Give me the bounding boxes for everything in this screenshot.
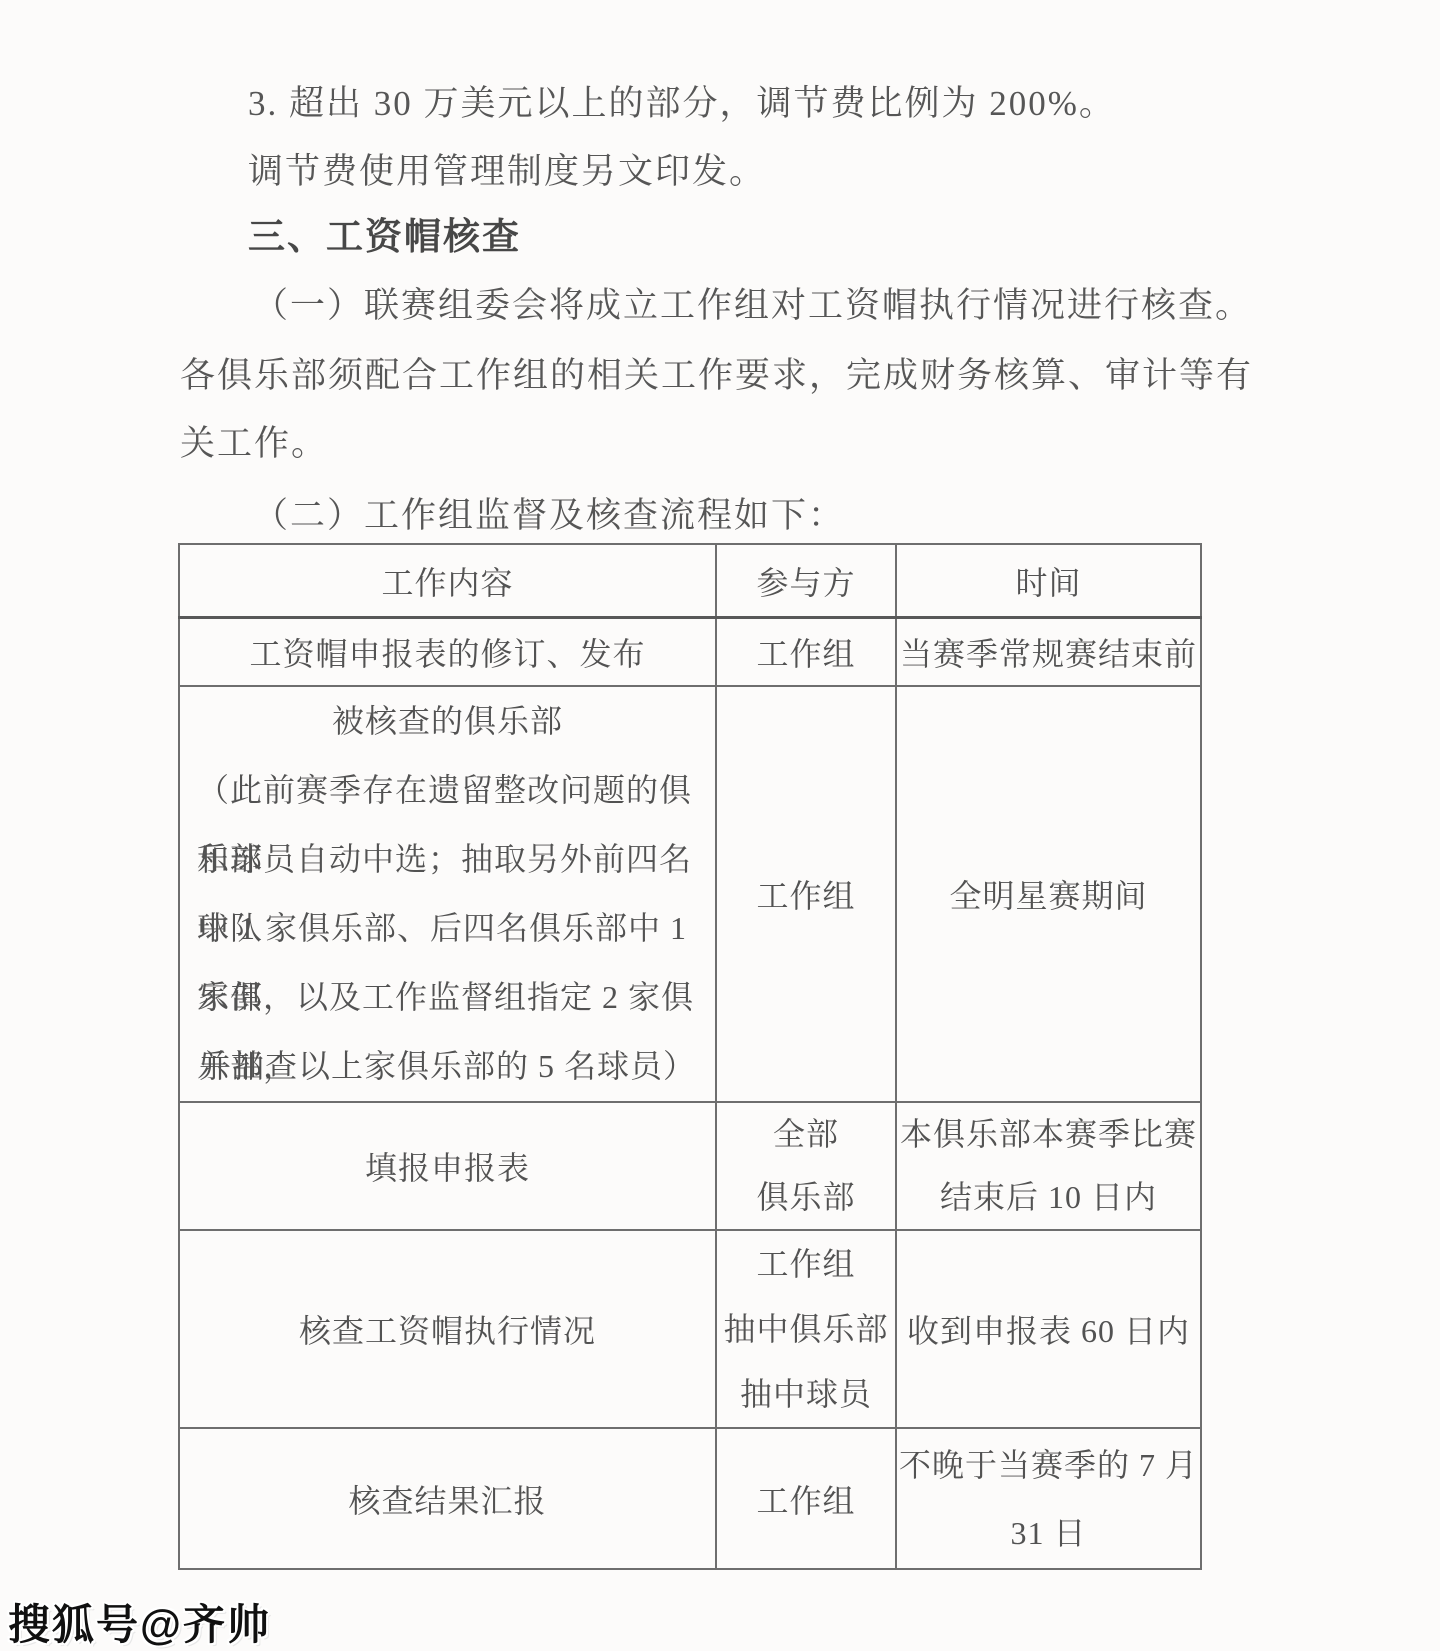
cell-participants: 工作组 bbox=[716, 686, 896, 1102]
cell-participants: 工作组 bbox=[716, 618, 896, 687]
table-row: 填报申报表 全部 俱乐部 本俱乐部本赛季比赛 结束后 10 日内 bbox=[179, 1102, 1201, 1230]
cell-participants: 工作组 bbox=[716, 1428, 896, 1569]
cell-work-content: 工资帽申报表的修订、发布 bbox=[179, 618, 716, 687]
paragraph-item-one-cont: 各俱乐部须配合工作组的相关工作要求，完成财务核算、审计等有 bbox=[180, 348, 1253, 398]
cell-participants: 全部 俱乐部 bbox=[716, 1102, 896, 1230]
cell-line: 乐部，以及工作监督组指定 2 家俱乐部， bbox=[180, 963, 715, 1032]
section-heading-salary-cap-verification: 三、工资帽核查 bbox=[248, 206, 521, 260]
cell-participants: 工作组 抽中俱乐部 抽中球员 bbox=[716, 1230, 896, 1428]
cell-line: 并抽查以上家俱乐部的 5 名球员） bbox=[180, 1032, 715, 1101]
cell-line: 和球员自动中选；抽取另外前四名球队 bbox=[180, 825, 715, 894]
cell-work-content: 被核查的俱乐部 （此前赛季存在遗留整改问题的俱乐部 和球员自动中选；抽取另外前四… bbox=[179, 686, 716, 1102]
paragraph-item-two: （二）工作组监督及核查流程如下： bbox=[253, 488, 845, 538]
cell-line: 全部 bbox=[717, 1103, 895, 1166]
paragraph-item-one-end: 关工作。 bbox=[180, 416, 328, 466]
cell-time: 当赛季常规赛结束前 bbox=[896, 618, 1201, 687]
cell-time: 本俱乐部本赛季比赛 结束后 10 日内 bbox=[896, 1102, 1201, 1230]
cell-line: 被核查的俱乐部 bbox=[180, 687, 715, 756]
table-header-row: 工作内容 参与方 时间 bbox=[179, 544, 1201, 618]
cell-work-content: 填报申报表 bbox=[179, 1102, 716, 1230]
cell-line: 结束后 10 日内 bbox=[897, 1166, 1200, 1229]
cell-time: 不晚于当赛季的 7 月 31 日 bbox=[896, 1428, 1201, 1569]
cell-line: （此前赛季存在遗留整改问题的俱乐部 bbox=[180, 756, 715, 825]
cell-time: 收到申报表 60 日内 bbox=[896, 1230, 1201, 1428]
cell-work-content: 核查结果汇报 bbox=[179, 1428, 716, 1569]
cell-line: 工作组 bbox=[717, 1232, 895, 1297]
cell-line: 抽中俱乐部 bbox=[717, 1297, 895, 1362]
cell-line: 本俱乐部本赛季比赛 bbox=[897, 1103, 1200, 1166]
table-row: 被核查的俱乐部 （此前赛季存在遗留整改问题的俱乐部 和球员自动中选；抽取另外前四… bbox=[179, 686, 1201, 1102]
paragraph-adjustment-fee-tier3: 3. 超出 30 万美元以上的部分，调节费比例为 200%。 bbox=[248, 76, 1116, 126]
cell-line: 31 日 bbox=[897, 1499, 1200, 1567]
verification-process-table: 工作内容 参与方 时间 工资帽申报表的修订、发布 工作组 当赛季常规赛结束前 被… bbox=[178, 543, 1202, 1570]
cell-work-content: 核查工资帽执行情况 bbox=[179, 1230, 716, 1428]
header-work-content: 工作内容 bbox=[179, 544, 716, 618]
paragraph-item-one: （一）联赛组委会将成立工作组对工资帽执行情况进行核查。 bbox=[253, 278, 1252, 328]
header-participants: 参与方 bbox=[716, 544, 896, 618]
sohu-watermark: 搜狐号@齐帅 bbox=[8, 1592, 271, 1651]
cell-line: 抽中球员 bbox=[717, 1362, 895, 1427]
table-row: 核查工资帽执行情况 工作组 抽中俱乐部 抽中球员 收到申报表 60 日内 bbox=[179, 1230, 1201, 1428]
table-row: 工资帽申报表的修订、发布 工作组 当赛季常规赛结束前 bbox=[179, 618, 1201, 687]
table-row: 核查结果汇报 工作组 不晚于当赛季的 7 月 31 日 bbox=[179, 1428, 1201, 1569]
paragraph-adjustment-fee-rules: 调节费使用管理制度另文印发。 bbox=[248, 144, 766, 194]
cell-line: 俱乐部 bbox=[717, 1166, 895, 1229]
cell-time: 全明星赛期间 bbox=[896, 686, 1201, 1102]
cell-line: 不晚于当赛季的 7 月 bbox=[897, 1431, 1200, 1499]
header-time: 时间 bbox=[896, 544, 1201, 618]
cell-line: 中 1 家俱乐部、后四名俱乐部中 1 家俱 bbox=[180, 894, 715, 963]
document-page: 3. 超出 30 万美元以上的部分，调节费比例为 200%。 调节费使用管理制度… bbox=[0, 0, 1440, 1651]
